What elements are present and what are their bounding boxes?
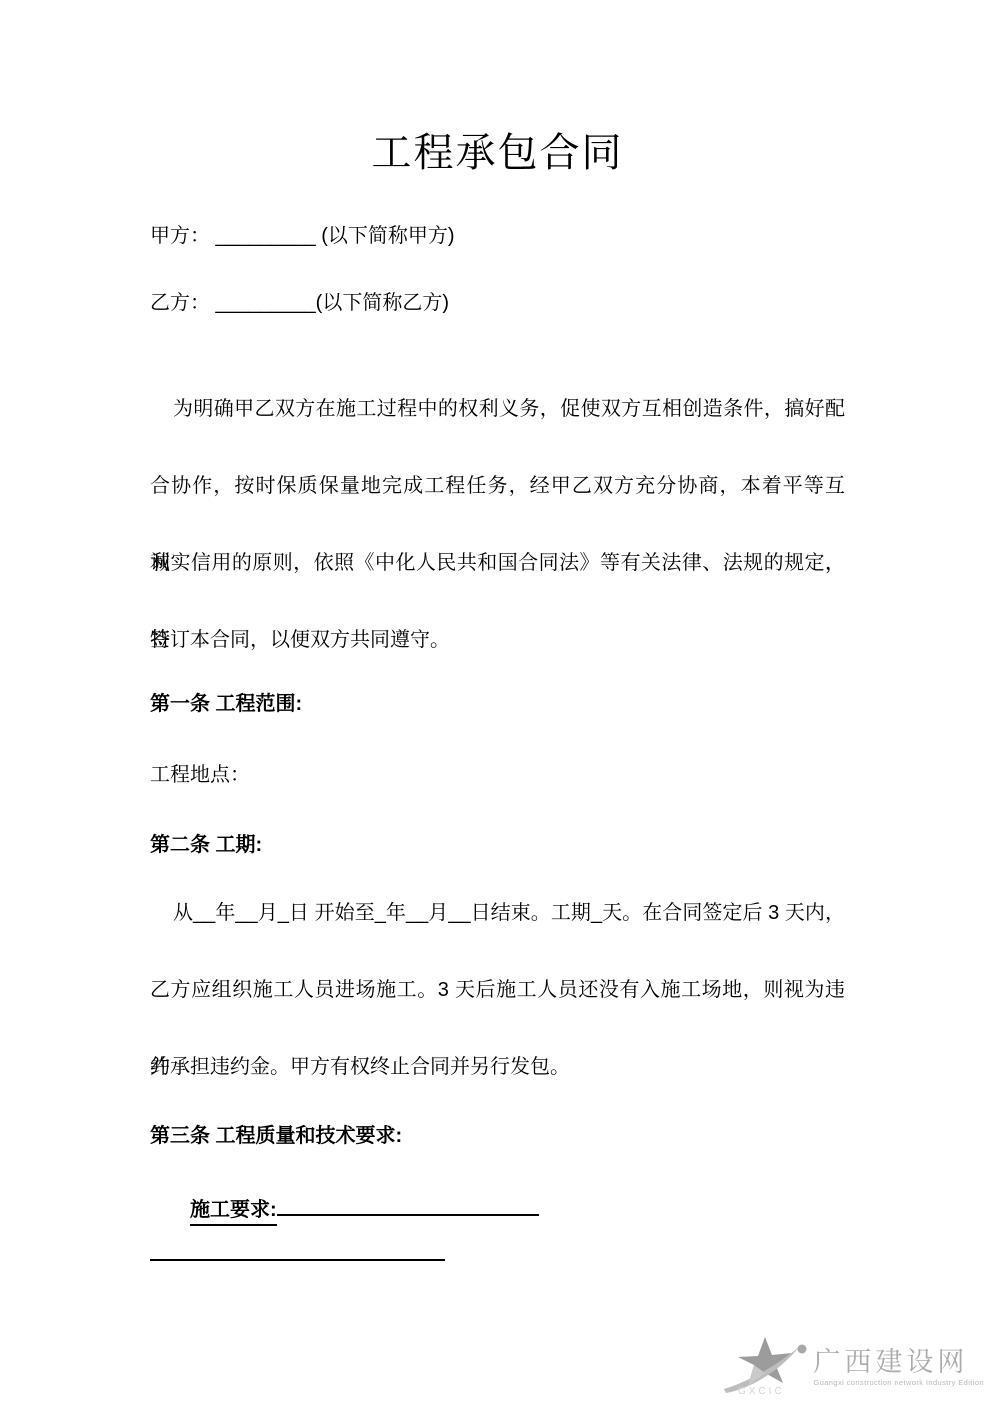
section-2-heading: 第二条 工期: — [150, 831, 845, 859]
fill-in-blank-rule — [150, 1236, 445, 1261]
blank-fill-line — [150, 1236, 845, 1269]
document-content: 工程承包合同 甲方： _________ (以下简称甲方) 乙方： ______… — [0, 0, 992, 1269]
star-icon: GXCIC — [719, 1336, 809, 1398]
intro-line: 诚实信用的原则，依照《中化人民共和国合同法》等有关法律、法规的规定，特 — [150, 525, 845, 602]
section-2-paragraph: 从__年__月_日 开始至_年__月__日结束。工期_天。在合同签定后 3 天内… — [150, 875, 845, 1106]
intro-line: 为明确甲乙双方在施工过程中的权利义务，促使双方互相创造条件，搞好配 — [150, 371, 845, 448]
duration-line: 并承担违约金。甲方有权终止合同并另行发包。 — [150, 1029, 845, 1106]
intro-line: 合协作，按时保质保量地完成工程任务，经甲乙双方充分协商，本着平等互利， — [150, 448, 845, 525]
intro-paragraph: 为明确甲乙双方在施工过程中的权利义务，促使双方互相创造条件，搞好配 合协作，按时… — [150, 371, 845, 679]
party-b-line: 乙方： _________(以下简称乙方) — [150, 289, 845, 317]
dot-icon — [798, 1345, 807, 1354]
duration-line: 乙方应组织施工人员进场施工。3 天后施工人员还没有入施工场地，则视为违约 — [150, 952, 845, 1029]
fill-in-blank-rule — [277, 1191, 539, 1216]
construction-requirements-line: 施工要求: — [150, 1191, 845, 1224]
section-3-heading: 第三条 工程质量和技术要求: — [150, 1122, 845, 1150]
party-a-line: 甲方： _________ (以下简称甲方) — [150, 222, 845, 250]
contract-document-page: 工程承包合同 甲方： _________ (以下简称甲方) 乙方： ______… — [0, 0, 992, 1403]
duration-line: 从__年__月_日 开始至_年__月__日结束。工期_天。在合同签定后 3 天内… — [150, 875, 845, 952]
construction-requirements-label: 施工要求: — [190, 1199, 277, 1226]
watermark-text-block: 广西建设网 Guangxi construction network Indus… — [813, 1336, 984, 1387]
watermark-site-subtitle: Guangxi construction network Industry Ed… — [813, 1378, 984, 1387]
watermark-site-name: 广西建设网 — [813, 1346, 984, 1378]
watermark-logo: GXCIC 广西建设网 Guangxi construction network… — [719, 1336, 984, 1398]
document-title: 工程承包合同 — [150, 0, 845, 178]
project-location-line: 工程地点： — [150, 761, 845, 789]
watermark-mark-text: GXCIC — [738, 1386, 785, 1397]
intro-line: 签订本合同，以便双方共同遵守。 — [150, 602, 845, 679]
section-1-heading: 第一条 工程范围: — [150, 690, 845, 718]
